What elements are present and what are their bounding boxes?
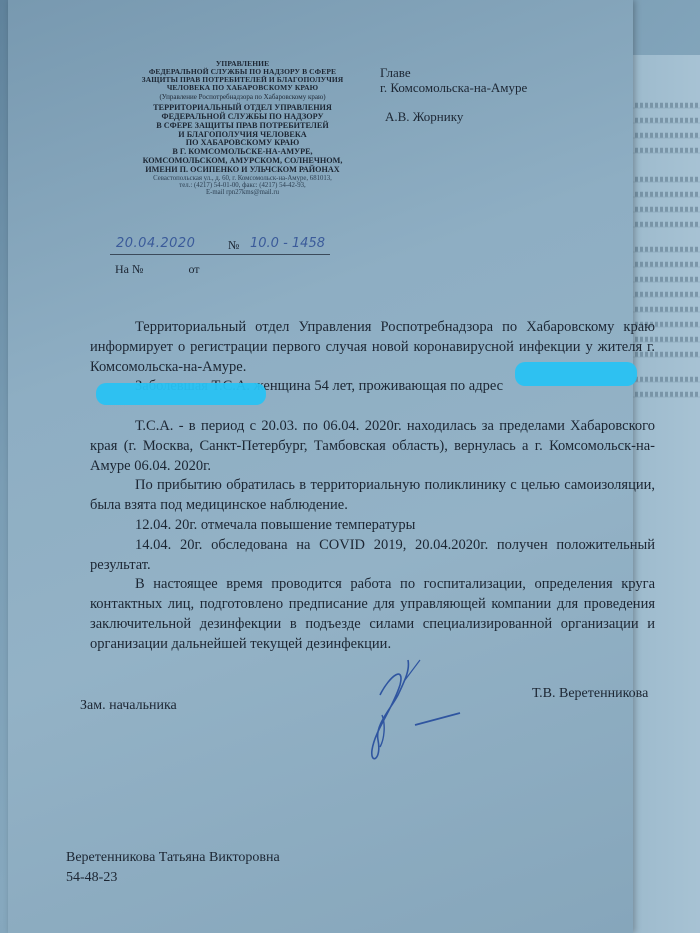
handwritten-signature [320,655,470,765]
letterhead-bold-line: ИМЕНИ П. ОСИПЕНКО И УЛЬЧСКОМ РАЙОНАХ [115,166,370,175]
addressee-city: г. Комсомольска-на-Амуре [380,81,527,96]
letterhead-phone: тел.: (4217) 54-01-00, факс: (4217) 54-4… [115,182,370,189]
letterhead-email: E-mail rpn27kms@mail.ru [115,189,370,196]
paragraph: 12.04. 20г. отмечала повышение температу… [90,516,655,536]
signatory-position: Зам. начальника [80,698,177,714]
addressee-name: А.В. Жорнику [385,110,527,125]
reference-number-label: На № [115,262,143,276]
paragraph: По прибытию обратилась в территориальную… [90,476,655,516]
letterhead-address: Севастопольская ул., д. 60, г. Комсомоль… [115,175,370,182]
registration-date: 20.04.2020 [116,236,195,251]
addressee-title: Главе [380,66,527,81]
letterhead-abbrev: (Управление Роспотребнадзора по Хабаровс… [115,94,370,102]
registration-number-label: № [228,238,239,253]
registration-line: 20.04.2020 № 10.0 - 1458 [110,236,330,255]
reference-line: На № от [115,262,242,277]
redaction-mark [96,383,266,405]
letterhead-line: ЧЕЛОВЕКА ПО ХАБАРОВСКОМУ КРАЮ [115,84,370,92]
reference-date-label: от [188,262,199,276]
registration-number: 10.0 - 1458 [250,236,325,251]
paragraph: 14.04. 20г. обследована на COVID 2019, 2… [90,536,655,576]
redaction-mark [515,362,637,386]
executor-phone: 54-48-23 [66,868,280,888]
executor-block: Веретенникова Татьяна Викторовна 54-48-2… [66,848,280,887]
letterhead: УПРАВЛЕНИЕ ФЕДЕРАЛЬНОЙ СЛУЖБЫ ПО НАДЗОРУ… [115,60,370,197]
executor-name: Веретенникова Татьяна Викторовна [66,848,280,868]
paragraph: Т.С.А. - в период с 20.03. по 06.04. 202… [90,417,655,476]
signatory-name: Т.В. Веретенникова [532,686,648,702]
paragraph: В настоящее время проводится работа по г… [90,575,655,654]
addressee-block: Главе г. Комсомольска-на-Амуре А.В. Жорн… [380,66,527,125]
